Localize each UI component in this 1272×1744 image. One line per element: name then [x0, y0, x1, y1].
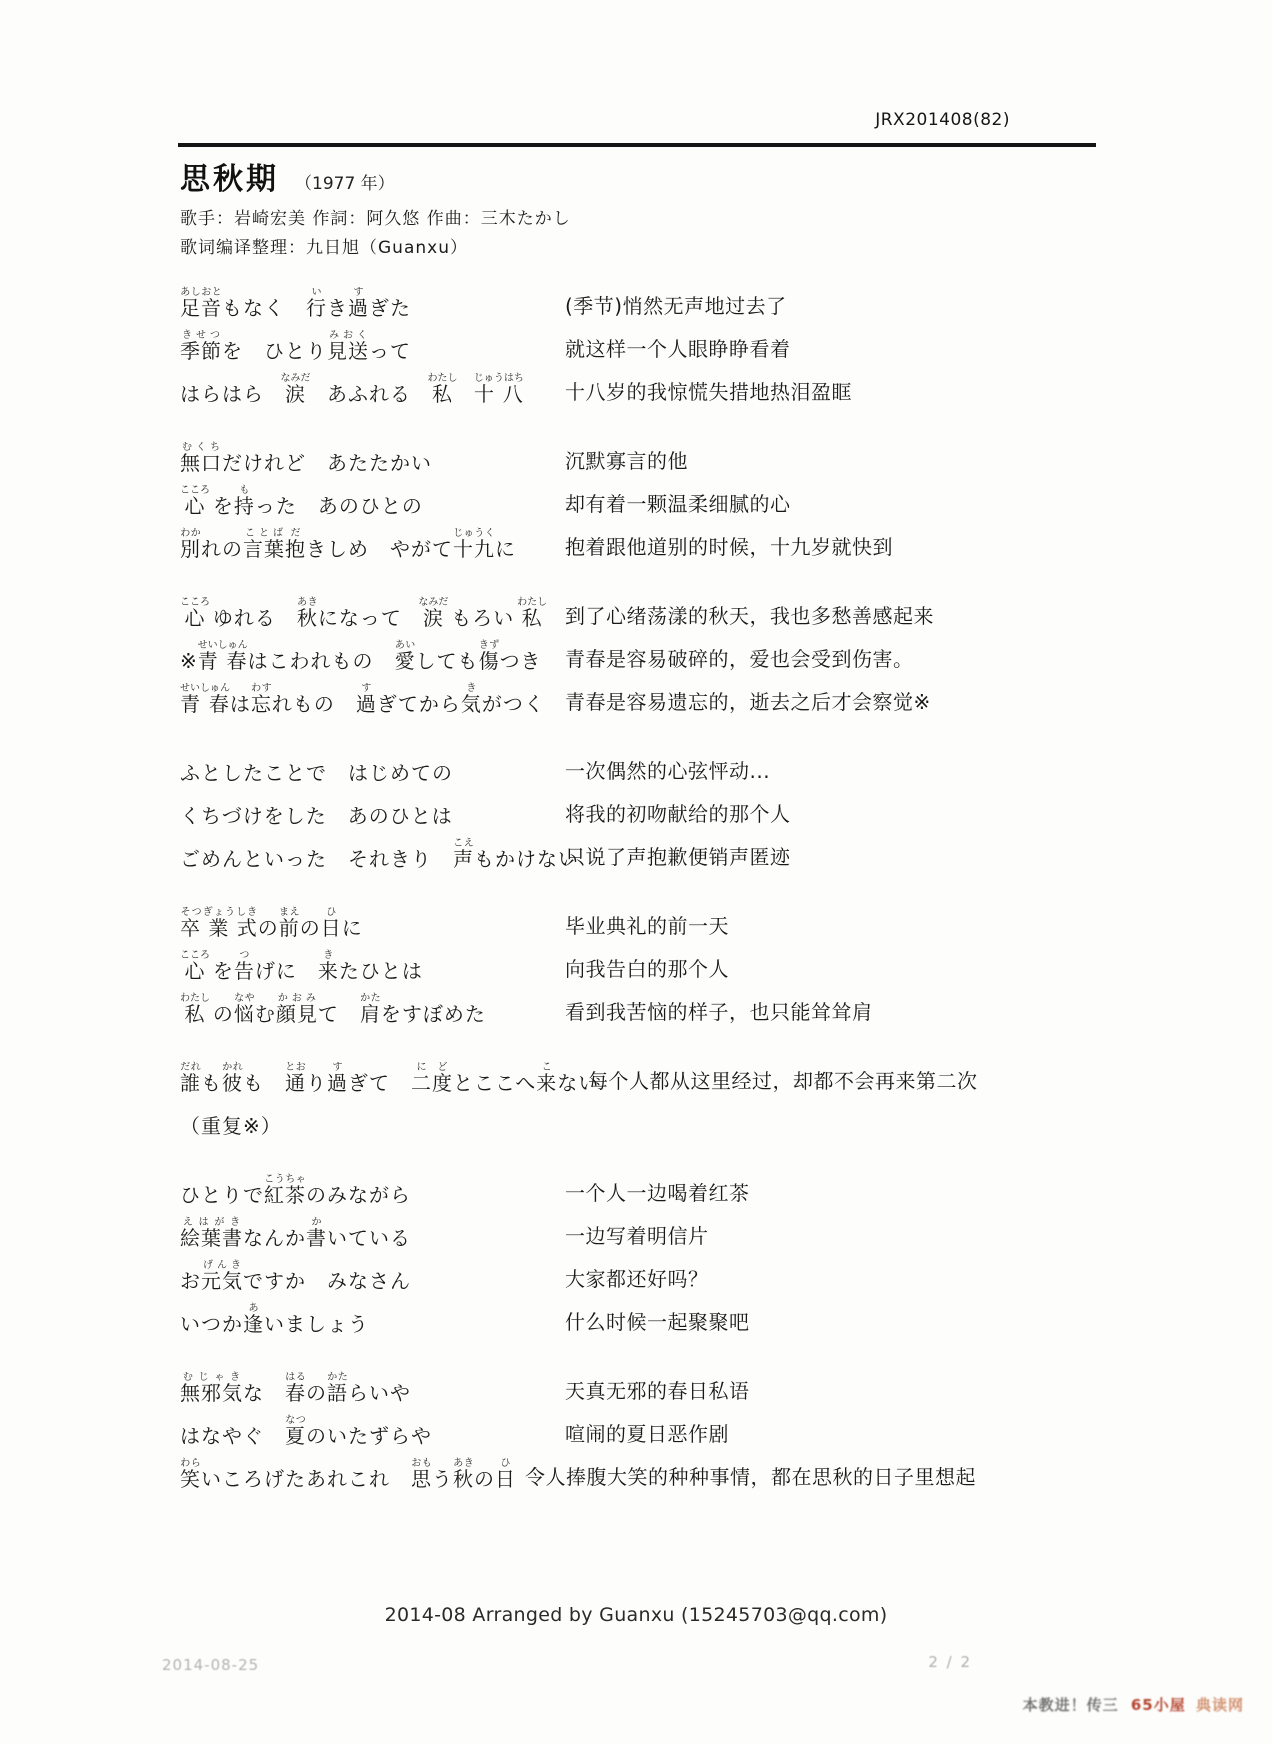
- verse: 無口むくちだけれど あたたかい沉默寡言的他心こころ を持もった あのひとの却有着…: [180, 433, 1200, 562]
- furigana-ruby: 秋あき: [453, 1467, 474, 1491]
- lyric-japanese: 青 春せいしゅんは忘わすれもの 過すぎてから気きがつく: [180, 683, 545, 716]
- furigana-ruby: 卒 業 式そつぎょうしき: [180, 916, 258, 940]
- lyric-japanese: 誰だれも彼かれも 通とおり過すぎて 二度にどとここへ来こない: [180, 1062, 599, 1095]
- lyric-japanese: ごめんといった それきり 声こえもかけない: [180, 838, 579, 871]
- lyric-line: 絵葉書えはがきなんか書かいている一边写着明信片: [180, 1208, 1200, 1251]
- furigana-ruby: 涙なみだ: [423, 606, 444, 630]
- furigana-ruby: 私わたし: [432, 382, 453, 406]
- lyric-line: はなやぐ 夏なつのいたずらや喧闹的夏日恶作剧: [180, 1406, 1200, 1449]
- verse: 誰だれも彼かれも 通とおり過すぎて 二度にどとここへ来こない每个人都从这里经过，…: [180, 1053, 1200, 1139]
- lyric-japanese: 足音あしおともなく 行いき過すぎた: [180, 287, 411, 320]
- lyric-line: お元気げんきですか みなさん大家都还好吗？: [180, 1251, 1200, 1294]
- lyric-chinese-translation: (季节)悄然无声地过去了: [565, 294, 787, 318]
- lyric-japanese: ひとりで紅茶こうちゃのみながら: [180, 1174, 411, 1207]
- title-bar: 思秋期（1977 年）: [180, 154, 395, 198]
- lyric-japanese: 別わかれの言葉ことば抱だきしめ やがて十九じゅうくに: [180, 528, 516, 561]
- furigana-ruby: 過す: [356, 692, 377, 716]
- furigana-ruby: 忘わす: [251, 692, 272, 716]
- furigana-ruby: 絵葉書えはがき: [180, 1226, 243, 1250]
- furigana-ruby: 来き: [318, 959, 339, 983]
- song-year: （1977 年）: [295, 174, 395, 194]
- lyric-line: ふとしたことで はじめての一次偶然的心弦怦动...: [180, 743, 1200, 786]
- page-number: 2 / 2: [928, 1653, 972, 1671]
- lyric-chinese-translation: 看到我苦恼的样子，也只能耸耸肩: [565, 1000, 873, 1024]
- verse: ひとりで紅茶こうちゃのみながら一个人一边喝着红茶絵葉書えはがきなんか書かいている…: [180, 1165, 1200, 1337]
- lyric-japanese: 卒 業 式そつぎょうしきの前まえの日ひに: [180, 907, 363, 940]
- song-title: 思秋期: [180, 162, 279, 197]
- furigana-ruby: 心こころ: [180, 494, 206, 518]
- lyric-chinese-translation: 什么时候一起聚聚吧: [565, 1310, 750, 1334]
- furigana-ruby: 肩かた: [360, 1002, 381, 1026]
- lyric-chinese-translation: 每个人都从这里经过，却都不会再来第二次: [588, 1069, 978, 1093]
- lyric-japanese: 心こころ ゆれる 秋あきになって 涙なみだ もろい 私わたし: [180, 597, 547, 630]
- lyric-line: いつか逢あいましょう什么时候一起聚聚吧: [180, 1294, 1200, 1337]
- furigana-ruby: 彼かれ: [222, 1071, 243, 1095]
- lyric-japanese: 笑わらいころげたあれこれ 思おもう秋あきの日ひ: [180, 1458, 516, 1491]
- verse: 足音あしおともなく 行いき過すぎた(季节)悄然无声地过去了季節きせつを ひとり見…: [180, 278, 1200, 407]
- furigana-ruby: 行い: [306, 296, 327, 320]
- furigana-ruby: 書か: [306, 1226, 327, 1250]
- furigana-ruby: 語かた: [327, 1381, 348, 1405]
- furigana-ruby: 足音あしおと: [180, 296, 222, 320]
- lyric-japanese: 私わたし の悩なやむ顔見かおみて 肩かたをすぼめた: [180, 993, 486, 1026]
- watermark-text-dark: 本教进！传三: [1023, 1696, 1119, 1714]
- furigana-ruby: 無邪気むじゃき: [180, 1381, 243, 1405]
- furigana-ruby: 気き: [461, 692, 482, 716]
- lyric-line: ※青 春せいしゅんはこわれもの 愛あいしても傷きずつき青春是容易破碎的，爱也会受…: [180, 631, 1200, 674]
- watermark-text-tail: 典读网: [1196, 1696, 1244, 1714]
- lyric-line: 笑わらいころげたあれこれ 思おもう秋あきの日ひ令人捧腹大笑的种种事情，都在思秋的…: [180, 1449, 1200, 1492]
- furigana-ruby: 日ひ: [321, 916, 342, 940]
- furigana-ruby: 二度にど: [411, 1071, 453, 1095]
- lyric-line: （重复※）: [180, 1096, 1200, 1139]
- lyric-chinese-translation: 青春是容易破碎的，爱也会受到伤害。: [565, 647, 914, 671]
- furigana-ruby: 青 春せいしゅん: [180, 692, 230, 716]
- furigana-ruby: 持も: [234, 494, 255, 518]
- lyric-line: 心こころ ゆれる 秋あきになって 涙なみだ もろい 私わたし到了心绪荡漾的秋天，…: [180, 588, 1200, 631]
- lyric-japanese: お元気げんきですか みなさん: [180, 1260, 411, 1293]
- footer-date: 2014-08-25: [162, 1656, 259, 1674]
- lyric-line: 無口むくちだけれど あたたかい沉默寡言的他: [180, 433, 1200, 476]
- lyric-chinese-translation: 只说了声抱歉便销声匿迹: [565, 845, 791, 869]
- lyric-japanese: （重复※）: [180, 1114, 282, 1138]
- lyric-chinese-translation: 青春是容易遗忘的，逝去之后才会察觉※: [565, 690, 931, 714]
- furigana-ruby: 紅茶こうちゃ: [264, 1183, 306, 1207]
- furigana-ruby: 青 春せいしゅん: [198, 649, 248, 673]
- furigana-ruby: 春はる: [285, 1381, 306, 1405]
- furigana-ruby: 別わか: [180, 537, 201, 561]
- document-reference: JRX201408(82): [875, 110, 1010, 130]
- lyric-japanese: いつか逢あいましょう: [180, 1303, 369, 1336]
- furigana-ruby: 抱だ: [285, 537, 306, 561]
- furigana-ruby: 愛あい: [395, 649, 416, 673]
- scanned-page: JRX201408(82) 思秋期（1977 年） 歌手：岩崎宏美 作詞：阿久悠…: [0, 0, 1272, 1744]
- furigana-ruby: 夏なつ: [285, 1424, 306, 1448]
- lyric-line: 誰だれも彼かれも 通とおり過すぎて 二度にどとここへ来こない每个人都从这里经过，…: [180, 1053, 1200, 1096]
- lyric-japanese: 心こころ を告つげに 来きたひとは: [180, 950, 423, 983]
- furigana-ruby: 顔見かおみ: [276, 1002, 318, 1026]
- furigana-ruby: 季節きせつ: [180, 339, 222, 363]
- lyric-japanese: 絵葉書えはがきなんか書かいている: [180, 1217, 411, 1250]
- lyric-chinese-translation: 抱着跟他道别的时候，十九岁就快到: [565, 535, 893, 559]
- furigana-ruby: 過す: [327, 1071, 348, 1095]
- lyrics: 足音あしおともなく 行いき過すぎた(季节)悄然无声地过去了季節きせつを ひとり見…: [180, 278, 1200, 1518]
- lyric-line: 卒 業 式そつぎょうしきの前まえの日ひに毕业典礼的前一天: [180, 898, 1200, 941]
- furigana-ruby: 十 八じゅうはち: [474, 382, 524, 406]
- lyric-chinese-translation: 却有着一颗温柔细腻的心: [565, 492, 791, 516]
- lyric-chinese-translation: 向我告白的那个人: [565, 957, 729, 981]
- furigana-ruby: 元気げんき: [201, 1269, 243, 1293]
- lyric-line: ごめんといった それきり 声こえもかけない只说了声抱歉便销声匿迹: [180, 829, 1200, 872]
- header-rule: [178, 143, 1096, 147]
- furigana-ruby: 無口むくち: [180, 451, 222, 475]
- furigana-ruby: 心こころ: [180, 959, 206, 983]
- furigana-ruby: 涙なみだ: [285, 382, 306, 406]
- watermark-text-red: 65小屋: [1131, 1696, 1186, 1714]
- lyric-japanese: くちづけをした あのひとは: [180, 804, 453, 828]
- credits-artists: 歌手：岩崎宏美 作詞：阿久悠 作曲：三木たかし: [180, 204, 571, 229]
- lyric-chinese-translation: 喧闹的夏日恶作剧: [565, 1422, 729, 1446]
- lyric-chinese-translation: 到了心绪荡漾的秋天，我也多愁善感起来: [565, 604, 934, 628]
- lyric-japanese: ※青 春せいしゅんはこわれもの 愛あいしても傷きずつき: [180, 640, 542, 673]
- lyric-line: 心こころ を持もった あのひとの却有着一颗温柔细腻的心: [180, 476, 1200, 519]
- lyric-japanese: 季節きせつを ひとり見送みおくって: [180, 330, 411, 363]
- lyric-line: ひとりで紅茶こうちゃのみながら一个人一边喝着红茶: [180, 1165, 1200, 1208]
- furigana-ruby: 悩なや: [234, 1002, 255, 1026]
- furigana-ruby: 十九じゅうく: [453, 537, 495, 561]
- lyric-chinese-translation: 一边写着明信片: [565, 1224, 709, 1248]
- furigana-ruby: 通とお: [285, 1071, 306, 1095]
- lyric-line: 私わたし の悩なやむ顔見かおみて 肩かたをすぼめた看到我苦恼的样子，也只能耸耸肩: [180, 984, 1200, 1027]
- furigana-ruby: 誰だれ: [180, 1071, 201, 1095]
- furigana-ruby: 笑わら: [180, 1467, 201, 1491]
- lyric-japanese: 無邪気むじゃきな 春はるの語かたらいや: [180, 1372, 411, 1405]
- lyric-chinese-translation: 十八岁的我惊慌失措地热泪盈眶: [565, 380, 852, 404]
- lyric-line: 季節きせつを ひとり見送みおくって就这样一个人眼睁睁看着: [180, 321, 1200, 364]
- verse: 無邪気むじゃきな 春はるの語かたらいや天真无邪的春日私语はなやぐ 夏なつのいたず…: [180, 1363, 1200, 1492]
- lyric-line: くちづけをした あのひとは将我的初吻献给的那个人: [180, 786, 1200, 829]
- lyric-line: 心こころ を告つげに 来きたひとは向我告白的那个人: [180, 941, 1200, 984]
- watermark: 本教进！传三 65小屋 典读网: [1023, 1694, 1244, 1715]
- lyric-chinese-translation: 毕业典礼的前一天: [565, 914, 729, 938]
- furigana-ruby: 前まえ: [279, 916, 300, 940]
- credits-arranger: 歌词编译整理：九日旭（Guanxu）: [180, 233, 468, 258]
- verse: 心こころ ゆれる 秋あきになって 涙なみだ もろい 私わたし到了心绪荡漾的秋天，…: [180, 588, 1200, 717]
- furigana-ruby: 心こころ: [180, 606, 206, 630]
- lyric-line: 足音あしおともなく 行いき過すぎた(季节)悄然无声地过去了: [180, 278, 1200, 321]
- lyric-line: はらはら 涙なみだ あふれる 私わたし 十 八じゅうはち十八岁的我惊慌失措地热泪…: [180, 364, 1200, 407]
- lyric-line: 別わかれの言葉ことば抱だきしめ やがて十九じゅうくに抱着跟他道别的时候，十九岁就…: [180, 519, 1200, 562]
- furigana-ruby: 逢あ: [243, 1312, 264, 1336]
- lyric-japanese: 無口むくちだけれど あたたかい: [180, 442, 432, 475]
- lyric-chinese-translation: 将我的初吻献给的那个人: [565, 802, 791, 826]
- furigana-ruby: 見送みおく: [327, 339, 369, 363]
- verse: ふとしたことで はじめての一次偶然的心弦怦动...くちづけをした あのひとは将我…: [180, 743, 1200, 872]
- furigana-ruby: 来こ: [536, 1071, 557, 1095]
- lyric-chinese-translation: 令人捧腹大笑的种种事情，都在思秋的日子里想起: [525, 1465, 976, 1489]
- furigana-ruby: 傷きず: [479, 649, 500, 673]
- furigana-ruby: 私わたし: [522, 606, 548, 630]
- lyric-chinese-translation: 一个人一边喝着红茶: [565, 1181, 750, 1205]
- lyric-chinese-translation: 天真无邪的春日私语: [565, 1379, 750, 1403]
- lyric-chinese-translation: 大家都还好吗？: [565, 1267, 709, 1291]
- furigana-ruby: 秋あき: [297, 606, 318, 630]
- furigana-ruby: 思おも: [411, 1467, 432, 1491]
- lyric-chinese-translation: 沉默寡言的他: [565, 449, 688, 473]
- lyric-japanese: はらはら 涙なみだ あふれる 私わたし 十 八じゅうはち: [180, 373, 524, 406]
- lyric-chinese-translation: 就这样一个人眼睁睁看着: [565, 337, 791, 361]
- verse: 卒 業 式そつぎょうしきの前まえの日ひに毕业典礼的前一天心こころ を告つげに 来…: [180, 898, 1200, 1027]
- lyric-chinese-translation: 一次偶然的心弦怦动...: [565, 759, 770, 783]
- lyric-japanese: ふとしたことで はじめての: [180, 761, 453, 785]
- footer-arranged-by: 2014-08 Arranged by Guanxu (15245703@qq.…: [0, 1604, 1272, 1626]
- furigana-ruby: 私わたし: [180, 1002, 206, 1026]
- lyric-line: 青 春せいしゅんは忘わすれもの 過すぎてから気きがつく青春是容易遗忘的，逝去之后…: [180, 674, 1200, 717]
- lyric-japanese: はなやぐ 夏なつのいたずらや: [180, 1415, 432, 1448]
- furigana-ruby: 日ひ: [495, 1467, 516, 1491]
- furigana-ruby: 過す: [348, 296, 369, 320]
- lyric-japanese: 心こころ を持もった あのひとの: [180, 485, 423, 518]
- lyric-line: 無邪気むじゃきな 春はるの語かたらいや天真无邪的春日私语: [180, 1363, 1200, 1406]
- furigana-ruby: 言葉ことば: [243, 537, 285, 561]
- furigana-ruby: 告つ: [234, 959, 255, 983]
- furigana-ruby: 声こえ: [453, 847, 474, 871]
